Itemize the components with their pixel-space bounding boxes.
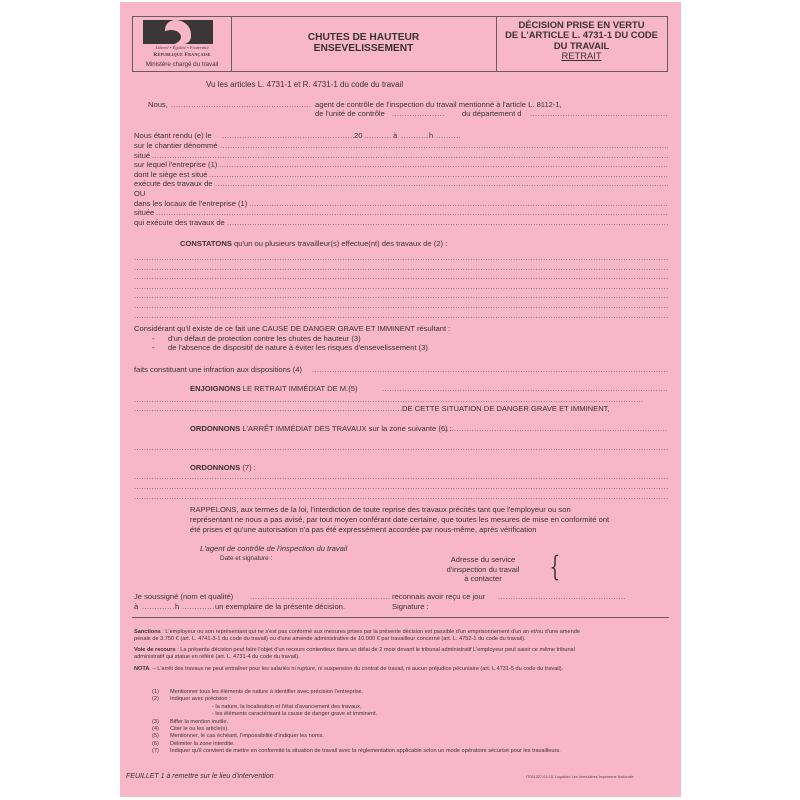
legal-basis: Vu les articles L. 4731-1 et R. 4731-1 d… (206, 80, 403, 90)
address-line: d'inspection du travail (426, 565, 540, 575)
visit-date-field[interactable]: ........................................… (222, 131, 354, 141)
recours-text-2: administratif qui statue en référé (art.… (134, 654, 300, 661)
h-label: h (429, 131, 433, 141)
measures-field-2[interactable]: ........................................… (134, 482, 668, 492)
inspection-address: Adresse du service d'inspection du trava… (426, 555, 540, 584)
republic-motto: Liberté • Égalité • Fraternité (133, 45, 231, 50)
soussigne-label: Je soussigné (nom et qualité) (134, 592, 233, 602)
constatons-text: CONSTATONS qu'un ou plusieurs travailleu… (180, 239, 447, 249)
footnote-number: (6) (152, 741, 159, 748)
year-field[interactable]: ........................................… (364, 131, 392, 141)
recours-label: Voie de recours (134, 647, 176, 653)
site-field-input[interactable]: ........................................… (220, 141, 668, 151)
site-field-label: exécute des travaux de (134, 179, 213, 189)
ordonnons-body: (7) : (240, 463, 256, 472)
site-field-label: dont le siège est situé (134, 170, 207, 180)
bullet: - (152, 343, 155, 353)
site-field-input[interactable]: ........................................… (152, 151, 668, 161)
site-field-label: dans les locaux de l'entreprise (1) (134, 199, 247, 209)
at-label: à (393, 131, 397, 141)
decision-type: RETRAIT (496, 51, 667, 61)
hour-field[interactable]: ........................................… (401, 131, 429, 141)
ministry-name: Ministère chargé du travail (133, 61, 231, 68)
enjoignons-keyword: ENJOIGNONS (190, 384, 241, 393)
site-field-label: sur le chantier dénommé (134, 141, 218, 151)
footnote-text: - la nature, la localisation et l'état d… (212, 704, 362, 711)
site-field-input[interactable]: ........................................… (249, 199, 668, 209)
date-signature-label: Date et signature : (220, 555, 272, 562)
nota-text: NOTA. – L'arrêt des travaux ne peut entr… (134, 666, 563, 673)
enjoignons-end: DE CETTE SITUATION DE DANGER GRAVE ET IM… (402, 404, 610, 414)
exemplaire-text: un exemplaire de la présente décision. (215, 602, 345, 612)
sanctions-text-2: pénale de 3.750 € (art. L. 4741-3-1 du c… (134, 636, 526, 643)
footnote-number: (5) (152, 733, 159, 740)
measures-field-1[interactable]: ........................................… (134, 472, 668, 482)
unit-label: de l'unité de contrôle (315, 109, 385, 119)
footnote-number: (2) (152, 696, 159, 703)
footnote-text: Mentionner tous les éléments de nature à… (170, 689, 363, 696)
site-field-label: sur lequel l'entreprise (1) (134, 160, 217, 170)
footnote-number: (4) (152, 726, 159, 733)
receipt-h-label: h (175, 602, 179, 612)
rappelons-line-2: représentant ne nous a pas avisé, par to… (190, 515, 609, 525)
form-header: Liberté • Égalité • Fraternité Républiqu… (132, 16, 668, 72)
receipt-at-label: à (134, 602, 138, 612)
considerant-text: Considérant qu'il existe de ce fait une … (134, 324, 450, 334)
rappelons-line-1: RAPPELONS, aux termes de la loi, l'inter… (190, 505, 571, 515)
reconnais-date-field[interactable]: ........................................… (498, 592, 626, 602)
footnote-number: (3) (152, 719, 159, 726)
nous-label: Nous, (148, 100, 168, 110)
unit-field[interactable]: ........................................… (392, 109, 444, 119)
site-field-label: OU (134, 189, 145, 199)
title-line: CHUTES DE HAUTEUR (231, 32, 496, 43)
infraction-label: faits constituant une infraction aux dis… (134, 365, 302, 375)
constatons-line[interactable]: ........................................… (134, 301, 668, 311)
sanctions-label: Sanctions (134, 629, 161, 635)
footnote-text: - les éléments caractérisant la cause de… (212, 711, 377, 718)
rappelons-line-3: été prises et qu'une autorisation n'a pa… (190, 525, 537, 535)
form-page: Liberté • Égalité • Fraternité Républiqu… (120, 2, 681, 797)
zone-field-2[interactable]: ........................................… (134, 443, 668, 453)
constatons-line[interactable]: ........................................… (134, 253, 668, 263)
feuillet-label: FEUILLET 1 à remettre sur le lieu d'inte… (126, 773, 274, 780)
ordonnons-stop-text: ORDONNONS L'ARRÊT IMMÉDIAT DES TRAVAUX s… (190, 424, 452, 434)
enjoignons-text: ENJOIGNONS LE RETRAIT IMMÉDIAT DE M.(5) (190, 384, 358, 394)
ordonnons-keyword: ORDONNONS (190, 424, 240, 433)
receipt-hour-field[interactable]: ........................................… (142, 602, 174, 612)
address-line: à contacter (426, 574, 540, 584)
form-title: CHUTES DE HAUTEUR ENSEVELISSEMENT (231, 32, 496, 54)
receipt-minute-field[interactable]: ........................................… (182, 602, 214, 612)
ordonnons-keyword: ORDONNONS (190, 463, 240, 472)
address-line: Adresse du service (426, 555, 540, 565)
site-field-label: située (134, 208, 154, 218)
divider (132, 617, 669, 618)
footnote-text: Indiquer qu'il convient de mettre en con… (170, 748, 561, 755)
site-field-label: qui exécute des travaux de (134, 218, 225, 228)
footnote-number: (1) (152, 689, 159, 696)
footnote-text: Mentionner, le cas échéant, l'impossibil… (170, 733, 324, 740)
constatons-line[interactable]: ........................................… (134, 291, 668, 301)
site-field-input[interactable]: ........................................… (209, 170, 668, 180)
sanctions-body: : L'employeur ou son représentant qui ne… (161, 629, 580, 635)
nota-body: . – L'arrêt des travaux ne peut entraîne… (149, 666, 563, 672)
site-field-label: situé (134, 151, 150, 161)
constatons-keyword: CONSTATONS (180, 239, 232, 248)
nota-label: NOTA (134, 666, 149, 672)
constatons-line[interactable]: ........................................… (134, 263, 668, 273)
constatons-line[interactable]: ........................................… (134, 311, 668, 321)
site-field-input[interactable]: ........................................… (227, 218, 668, 228)
marianne-logo-icon (143, 20, 213, 44)
title-line: ENSEVELISSEMENT (231, 43, 496, 54)
brace-icon: { (550, 553, 561, 581)
constatons-line[interactable]: ........................................… (134, 272, 668, 282)
condition-burial[interactable]: de l'absence de dispositif de nature à é… (168, 343, 428, 353)
republic-name: République Française (133, 52, 231, 58)
receipt-signature-label: Signature : (392, 602, 429, 612)
infraction-field[interactable]: ........................................… (312, 365, 668, 375)
footnote-text: Citer le ou les article(s). (170, 726, 229, 733)
zone-field[interactable]: ........................................… (444, 424, 668, 434)
footnote-text: Délimiter la zone interdite. (170, 741, 235, 748)
site-field-input[interactable]: ........................................… (156, 208, 668, 218)
soussigne-field[interactable]: ........................................… (250, 592, 390, 602)
decision-title: DÉCISION PRISE EN VERTU DE L'ARTICLE L. … (496, 20, 667, 62)
footnote-text: Biffer la mention inutile. (170, 719, 228, 726)
site-field-input[interactable]: ........................................… (219, 160, 668, 170)
title-cell: CHUTES DE HAUTEUR ENSEVELISSEMENT (231, 17, 497, 71)
agent-signature-title: L'agent de contrôle de l'inspection du t… (200, 544, 347, 554)
agent-name-field[interactable]: ........................................… (171, 100, 311, 110)
decision-cell: DÉCISION PRISE EN VERTU DE L'ARTICLE L. … (496, 17, 667, 71)
site-field-input[interactable]: ........................................… (215, 179, 668, 189)
recours-body: : La présente décision peut faire l'obje… (176, 647, 575, 653)
visit-date-label: Nous étant rendu (e) le (134, 131, 212, 141)
logo-cell: Liberté • Égalité • Fraternité Républiqu… (133, 17, 232, 71)
withdraw-person-field-3[interactable]: ........................................… (134, 404, 402, 414)
department-field[interactable]: ........................................… (530, 109, 668, 119)
reconnais-label: reconnais avoir reçu ce jour (392, 592, 485, 602)
constatons-body: qu'un ou plusieurs travailleur(s) effect… (232, 239, 447, 248)
withdraw-person-field[interactable]: ........................................… (382, 384, 668, 394)
footnote-text: Indiquer avec précision : (170, 696, 231, 703)
enjoignons-body: LE RETRAIT IMMÉDIAT DE M.(5) (241, 384, 358, 393)
footnote-number: (7) (152, 748, 159, 755)
measures-field-3[interactable]: ........................................… (134, 492, 668, 502)
year-label: 20 (354, 131, 362, 141)
constatons-line[interactable]: ........................................… (134, 282, 668, 292)
imprint: IT051327-01/15- Logaldec Les formulaires… (526, 775, 634, 779)
department-label: du département d (462, 109, 522, 119)
minute-field[interactable]: ........................................… (436, 131, 460, 141)
ordonnons-body: L'ARRÊT IMMÉDIAT DES TRAVAUX sur la zone… (240, 424, 452, 433)
